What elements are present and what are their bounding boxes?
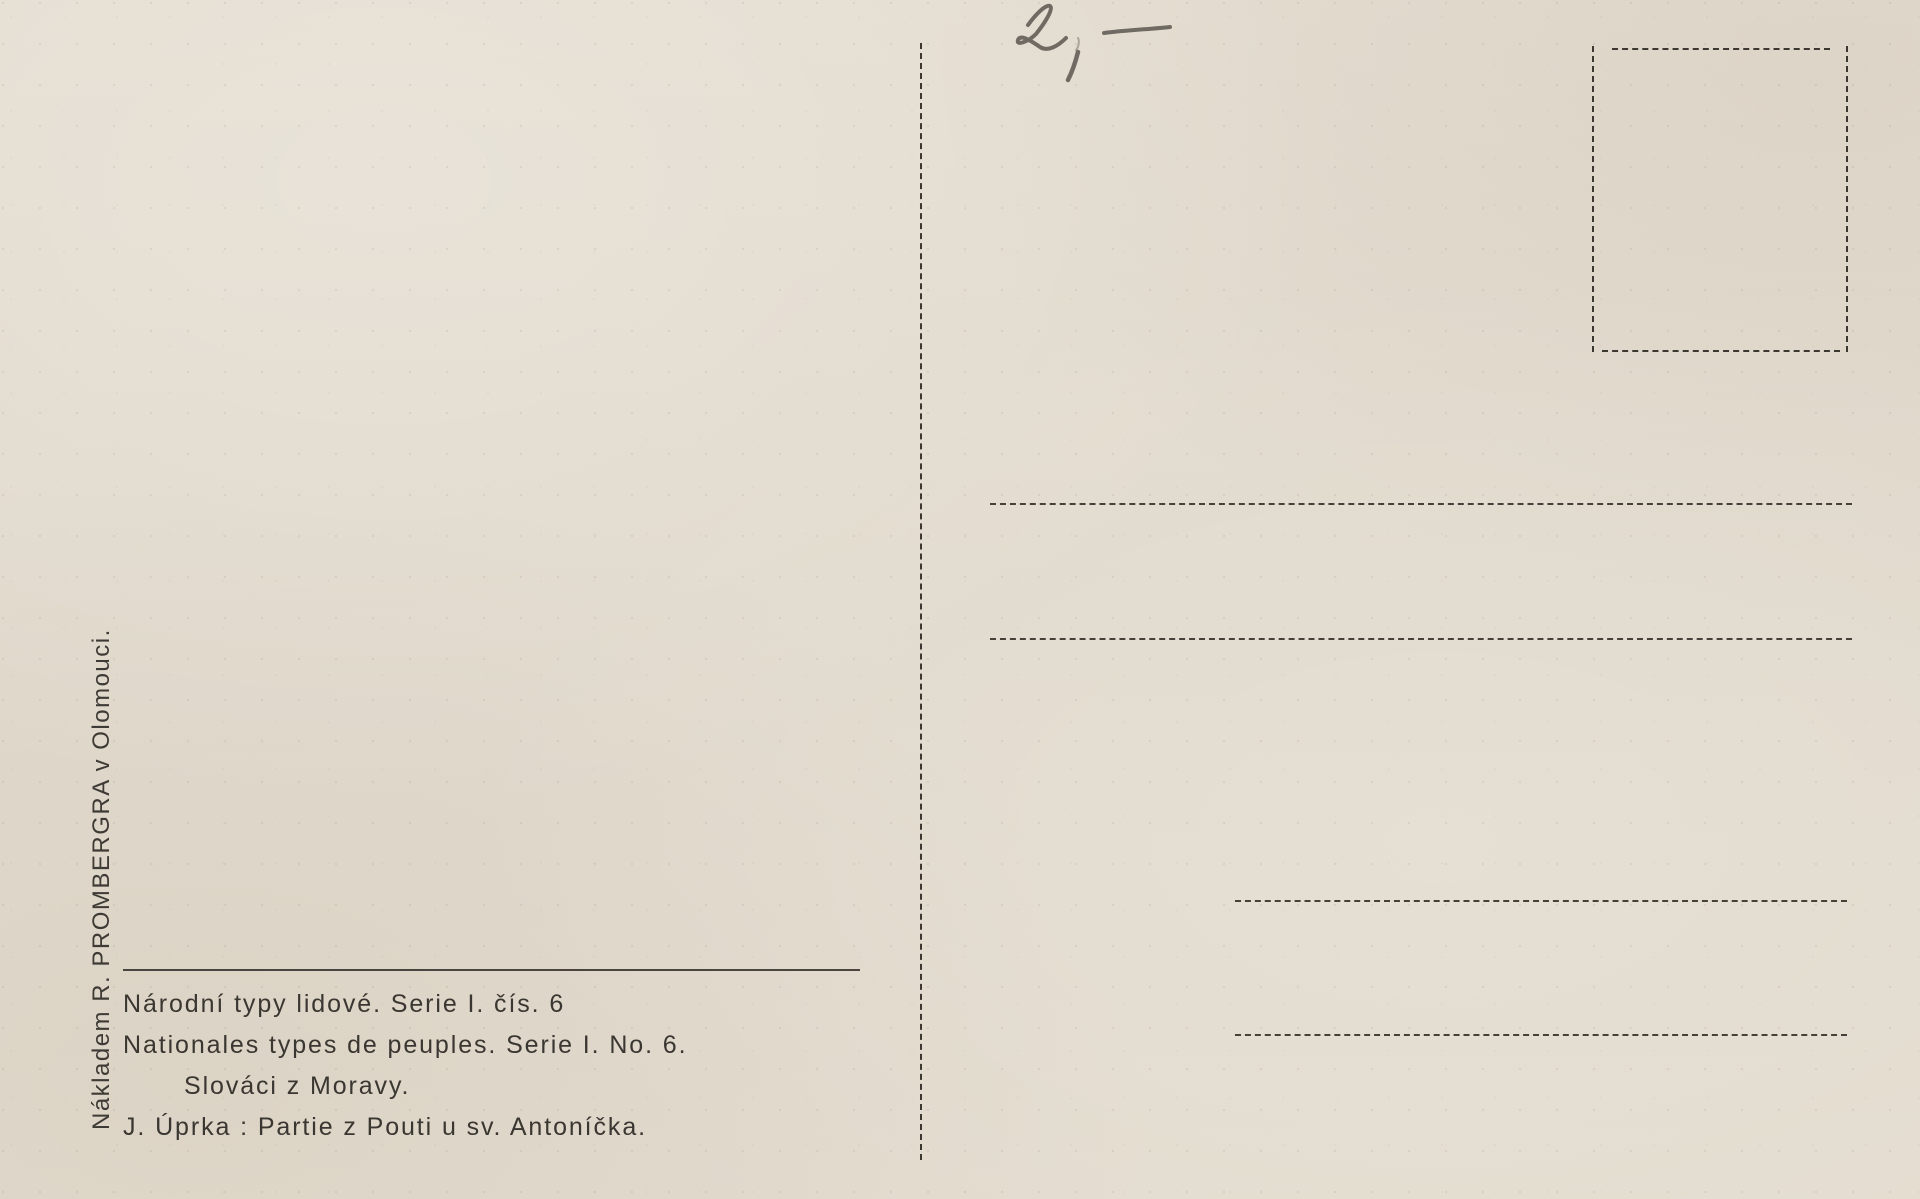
caption-rule <box>123 969 860 971</box>
pencil-price-mark: 2,– <box>1008 0 1188 90</box>
stamp-box-bottom-edge <box>1602 350 1840 352</box>
stamp-box <box>1592 46 1848 352</box>
stamp-box-top-edge <box>1612 48 1830 50</box>
caption-line-artist-title: J. Úprka : Partie z Pouti u sv. Antoníčk… <box>123 1107 883 1148</box>
address-line-3 <box>1235 900 1847 902</box>
center-divider <box>920 43 922 1160</box>
stamp-box-right-edge <box>1846 46 1848 352</box>
caption-line-french-series: Nationales types de peuples. Serie I. No… <box>123 1025 883 1066</box>
address-line-2 <box>990 638 1852 640</box>
address-line-1 <box>990 503 1852 505</box>
caption-line-czech-series: Národní typy lidové. Serie I. čís. 6 <box>123 984 883 1025</box>
address-line-4 <box>1235 1034 1847 1036</box>
caption-line-subject: Slováci z Moravy. <box>123 1066 883 1107</box>
publisher-imprint: Nákladem R. PROMBERGRA v Olomouci. <box>88 628 116 1130</box>
caption-block: Národní typy lidové. Serie I. čís. 6 Nat… <box>123 984 883 1148</box>
stamp-box-left-edge <box>1592 46 1594 352</box>
